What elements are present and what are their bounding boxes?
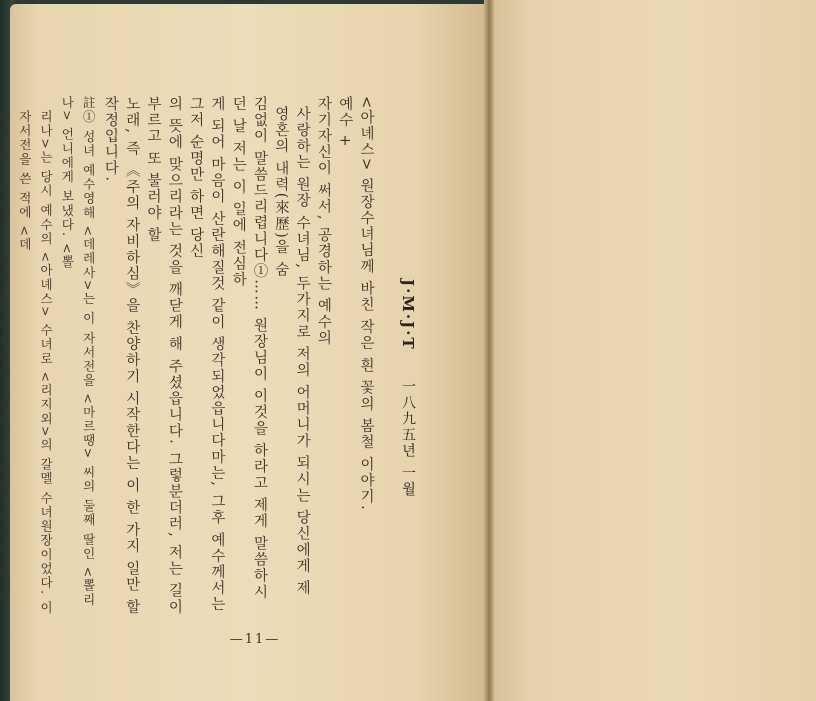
text-column: 게 되어 마음이 산란해질것 같이 생각되었읍니다마는, 그후 예수께서는 그저… [184,96,227,616]
footnote-column: 註① 성녀 예수영해 <데레사>는 이 자서전을 <마르땡> 씨의 둘째 딸인 … [57,96,100,616]
text-column: 의 뜻에 맞으리라는 것을 깨닫게 해 주셨읍니다. 그렇분더러, 저는 길이 … [142,96,185,616]
text-column: 사랑하는 원장 수녀님, 두가지로 저의 어머니가 되시는 당신에게 제 영혼의… [270,96,313,616]
text-column: 노래, 즉 《주의 자비하심》을 찬양하기 시작한다는 이 한 가지 일만 할 … [99,96,142,616]
right-page-blank [494,0,816,701]
left-page: J·M·J·T 一八九五년 一월 <아녜스> 원장수녀님께 바친 작은 흰 꽃의… [10,4,488,701]
heading-date: 一八九五년 一월 [400,379,416,497]
title-line: <아녜스> 원장수녀님께 바친 작은 흰 꽃의 봄철 이야기. [355,96,376,616]
text-column: 자기자신이 써서, 공경하는 예수의 [312,96,333,616]
footnote-column: 레사>는 <마르땡> 부인이 돌아가실 적에 《엄마》로 대했던 이 언니 밑에… [0,96,14,616]
text-column: 김없이 말씀드리렵니다①…… 원장님이 이것을 하라고 제게 말씀하시던 날 저… [227,96,270,616]
opening-line: 예수 + [333,96,354,616]
footnote-column: 리나>는 당시 예수의 <아녜스> 수녀로 <리지외>의 갈멜 수녀원장이었다.… [14,96,57,616]
body-text: <아녜스> 원장수녀님께 바친 작은 흰 꽃의 봄철 이야기. 예수 + 자기자… [56,96,376,616]
page-heading: J·M·J·T 一八九五년 一월 [378,279,418,539]
book-spread: J·M·J·T 一八九五년 一월 <아녜스> 원장수녀님께 바친 작은 흰 꽃의… [0,0,816,701]
page-number: —11— [215,632,295,647]
jmjt-mark: J·M·J·T [399,279,417,351]
